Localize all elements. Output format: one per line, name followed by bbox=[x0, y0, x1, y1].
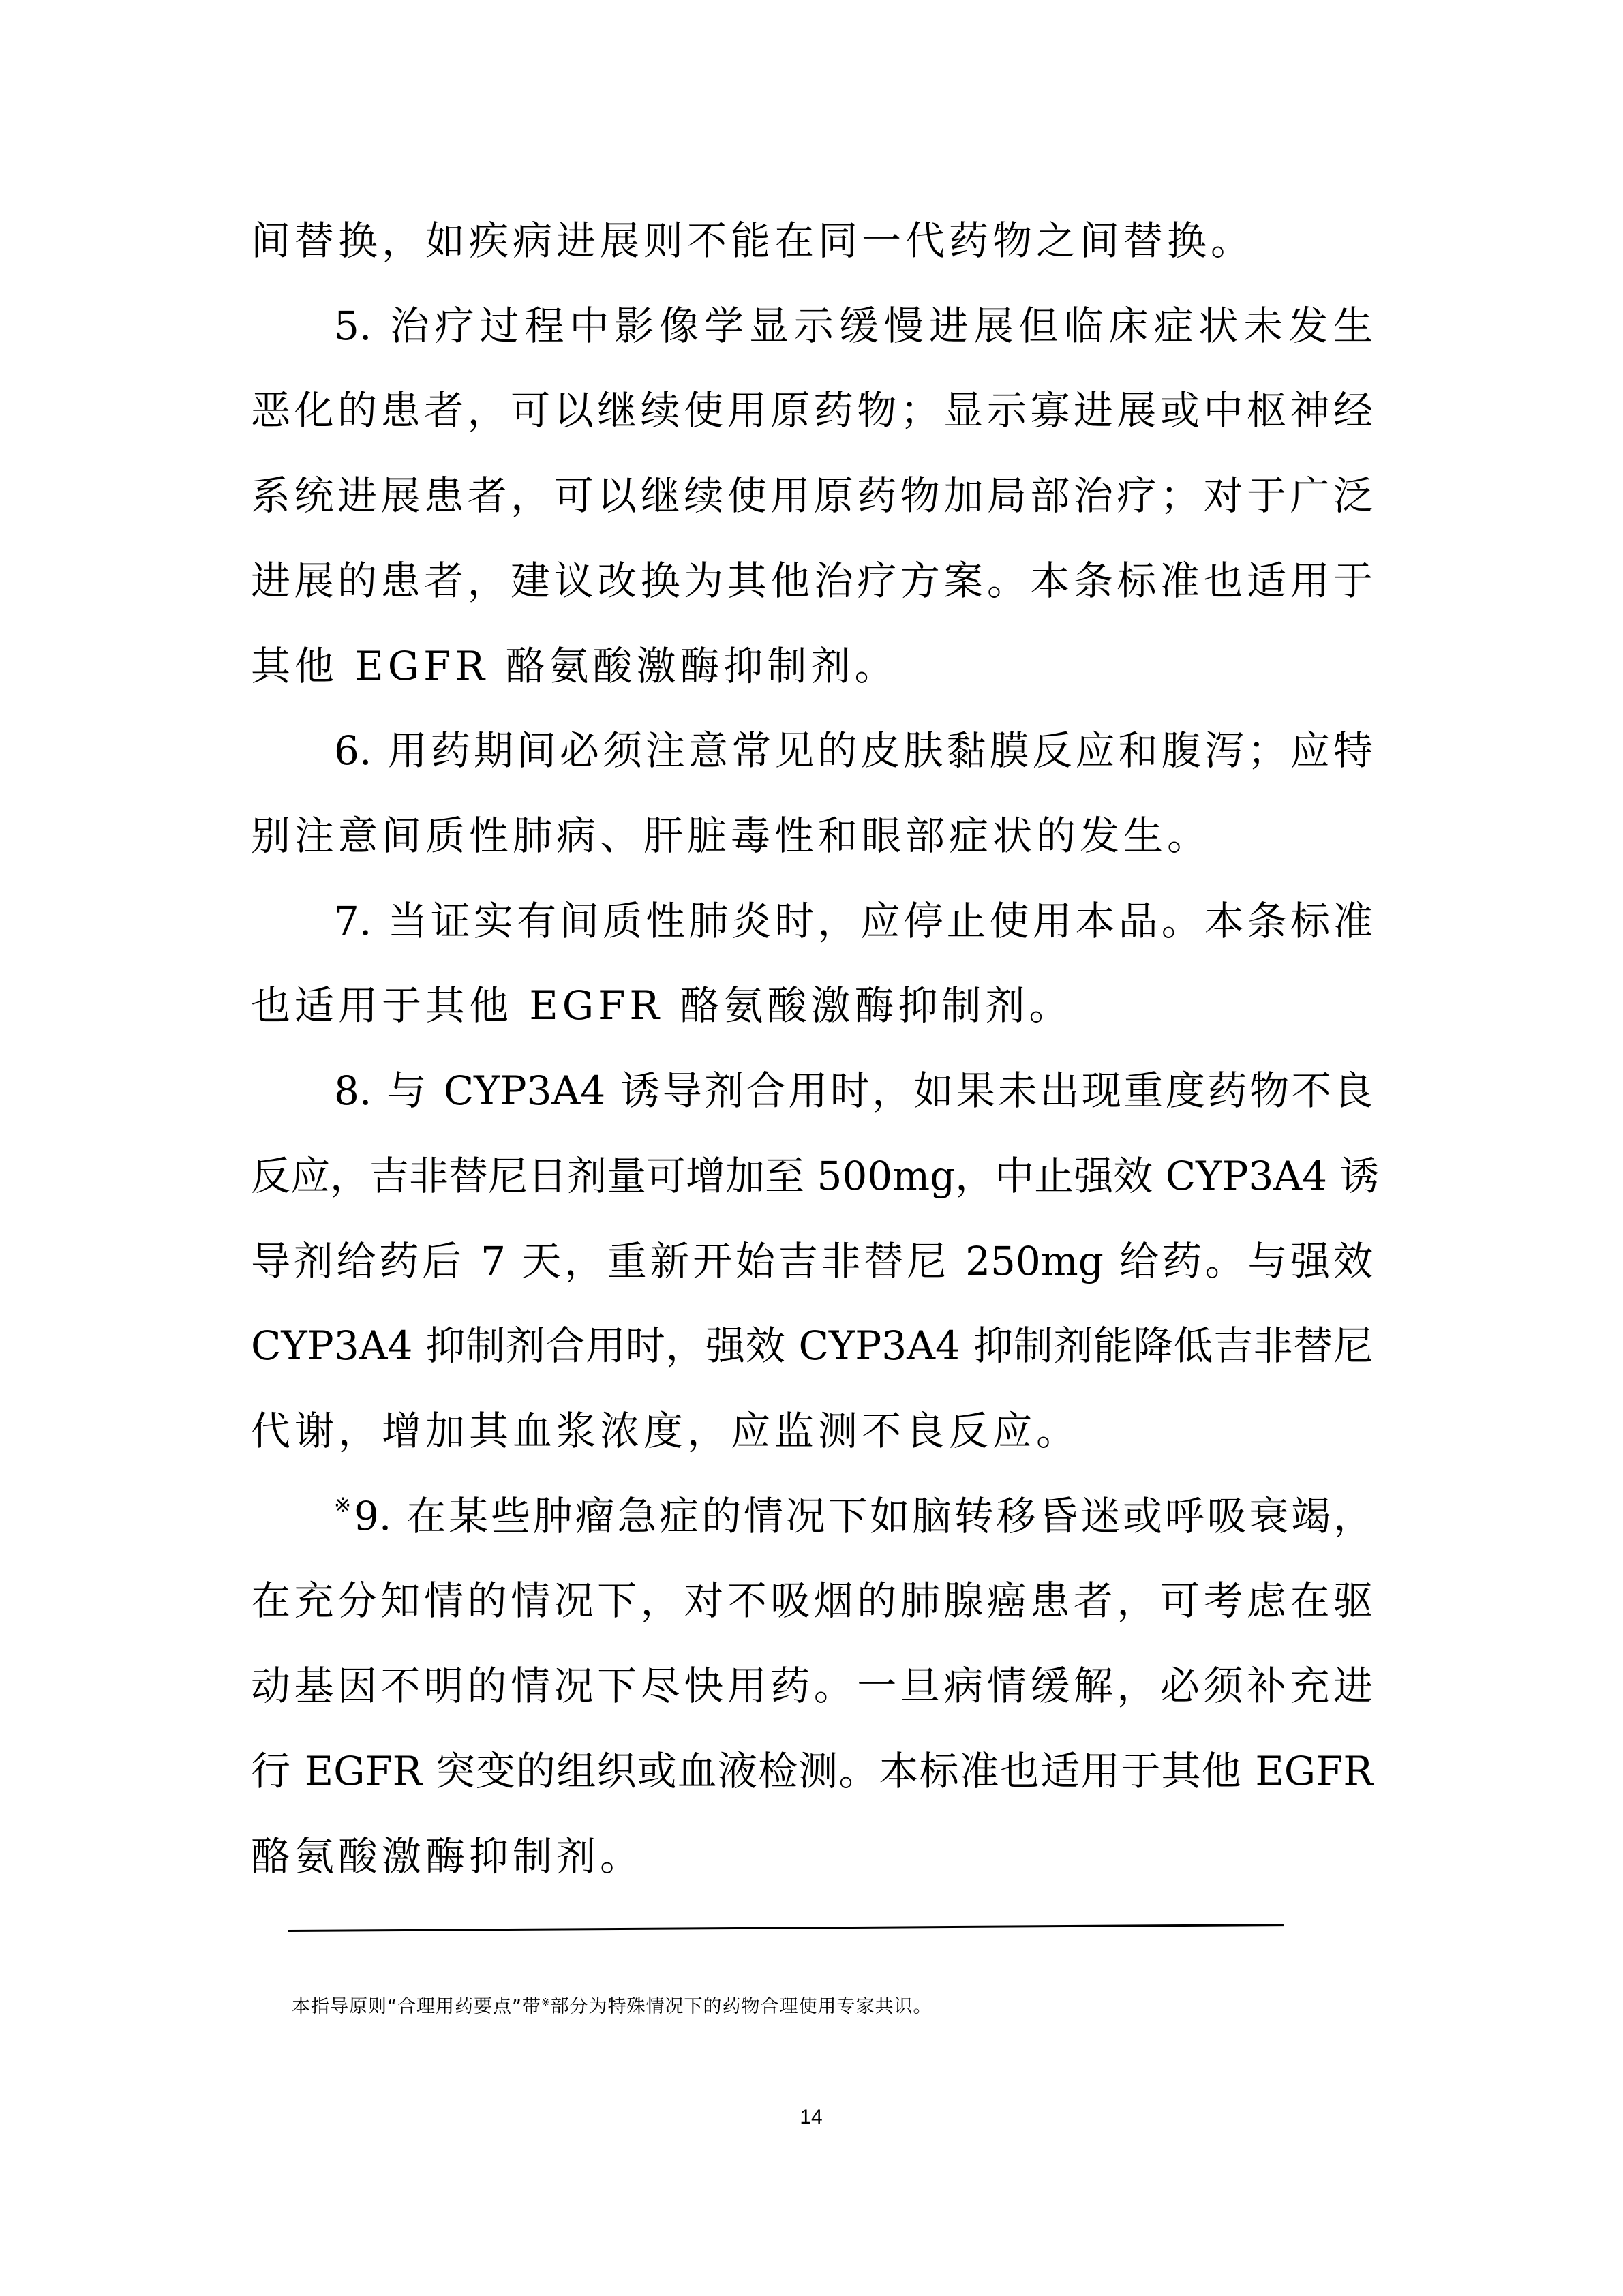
footnote: 本指导原则“合理用药要点”带※部分为特殊情况下的药物合理使用专家共识。 bbox=[292, 1993, 932, 2021]
item-5-line-2: 恶化的患者，可以继续使用原药物；显示寡进展或中枢神经 bbox=[251, 384, 1373, 436]
item-9-line-1: ※9. 在某些肿瘤急症的情况下如脑转移昏迷或呼吸衰竭， bbox=[334, 1490, 1373, 1542]
item-5-line-3: 系统进展患者，可以继续使用原药物加局部治疗；对于广泛 bbox=[251, 470, 1373, 522]
item-8-line-5: 代谢，增加其血浆浓度，应监测不良反应。 bbox=[251, 1405, 1373, 1457]
item-8-line-3: 导剂给药后 7 天，重新开始吉非替尼 250mg 给药。与强效 bbox=[251, 1235, 1373, 1287]
footnote-separator bbox=[288, 1924, 1284, 1932]
item-9-line-4: 行 EGFR 突变的组织或血液检测。本标准也适用于其他 EGFR bbox=[251, 1745, 1373, 1797]
item-8-line-2: 反应，吉非替尼日剂量可增加至 500mg，中止强效 CYP3A4 诱 bbox=[251, 1150, 1373, 1202]
item-9-line-2: 在充分知情的情况下，对不吸烟的肺腺癌患者，可考虑在驱 bbox=[251, 1575, 1373, 1627]
item-6-line-2: 别注意间质性肺病、肝脏毒性和眼部症状的发生。 bbox=[251, 810, 1373, 862]
special-case-mark: ※ bbox=[334, 1494, 354, 1517]
item-7-line-1: 7. 当证实有间质性肺炎时，应停止使用本品。本条标准 bbox=[334, 895, 1373, 947]
item-7-line-2: 也适用于其他 EGFR 酪氨酸激酶抑制剂。 bbox=[251, 980, 1373, 1031]
item-5-line-5: 其他 EGFR 酪氨酸激酶抑制剂。 bbox=[251, 640, 1373, 692]
page-number: 14 bbox=[784, 2104, 838, 2131]
item-6-line-1: 6. 用药期间必须注意常见的皮肤黏膜反应和腹泻；应特 bbox=[334, 725, 1373, 776]
item-5-line-1: 5. 治疗过程中影像学显示缓慢进展但临床症状未发生 bbox=[334, 300, 1373, 352]
document-page: 间替换，如疾病进展则不能在同一代药物之间替换。 5. 治疗过程中影像学显示缓慢进… bbox=[0, 0, 1623, 2296]
footnote-text-before: 本指导原则“合理用药要点”带 bbox=[292, 1996, 541, 2017]
item-8-line-1: 8. 与 CYP3A4 诱导剂合用时，如果未出现重度药物不良 bbox=[334, 1065, 1373, 1117]
footnote-text-after: 部分为特殊情况下的药物合理使用专家共识。 bbox=[551, 1996, 932, 2017]
footnote-mark: ※ bbox=[541, 1996, 551, 2008]
item-8-line-4: CYP3A4 抑制剂合用时，强效 CYP3A4 抑制剂能降低吉非替尼 bbox=[251, 1320, 1373, 1372]
item-5-line-4: 进展的患者，建议改换为其他治疗方案。本条标准也适用于 bbox=[251, 555, 1373, 607]
item-9-line-3: 动基因不明的情况下尽快用药。一旦病情缓解，必须补充进 bbox=[251, 1660, 1373, 1712]
item-9-line-1-text: 9. 在某些肿瘤急症的情况下如脑转移昏迷或呼吸衰竭， bbox=[354, 1493, 1373, 1539]
item-9-line-5: 酪氨酸激酶抑制剂。 bbox=[251, 1830, 1373, 1882]
body-line-1: 间替换，如疾病进展则不能在同一代药物之间替换。 bbox=[251, 215, 1373, 267]
